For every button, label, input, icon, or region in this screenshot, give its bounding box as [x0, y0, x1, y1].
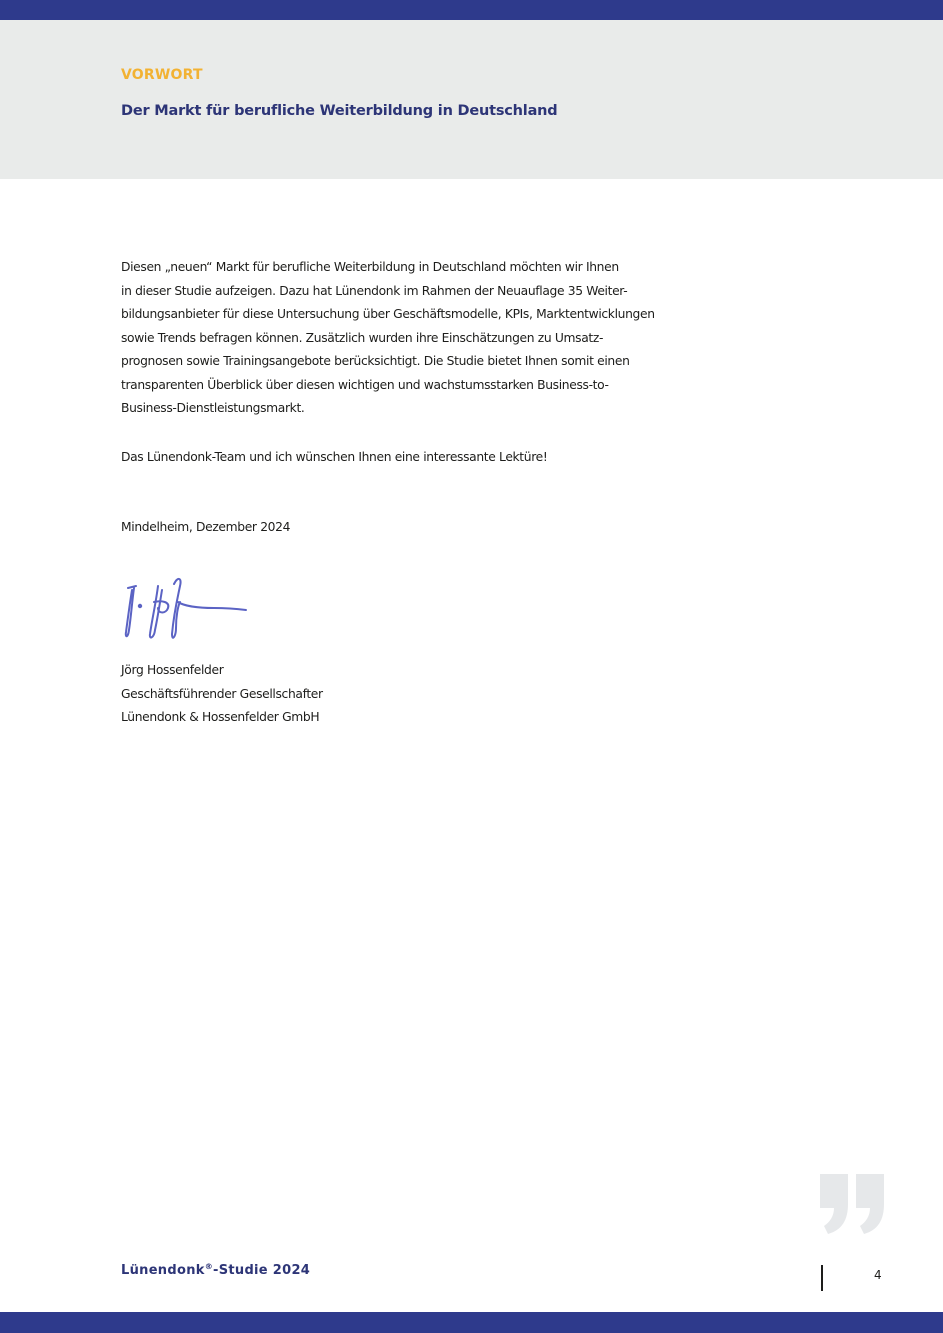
page-number-divider: [821, 1265, 823, 1291]
paragraph-line: in dieser Studie aufzeigen. Dazu hat Lün…: [121, 280, 721, 304]
footer-brand: Lünendonk®-Studie 2024: [121, 1262, 310, 1278]
header-band: [0, 20, 943, 179]
paragraph-line: bildungsanbieter für diese Untersuchung …: [121, 303, 721, 327]
paragraph-line: sowie Trends befragen können. Zusätzlich…: [121, 327, 721, 351]
signatory-block: Jörg Hossenfelder Geschäftsführender Ges…: [121, 659, 323, 730]
place-date: Mindelheim, Dezember 2024: [121, 516, 290, 540]
body-paragraph: Diesen „neuen“ Markt für berufliche Weit…: [121, 256, 721, 421]
section-label: VORWORT: [121, 67, 203, 83]
registered-mark: ®: [205, 1262, 213, 1271]
footer-brand-suffix: -Studie 2024: [213, 1263, 310, 1278]
page-title: Der Markt für berufliche Weiterbildung i…: [121, 103, 557, 119]
paragraph-line: transparenten Überblick über diesen wich…: [121, 374, 721, 398]
closing-quote-icon: [818, 1170, 888, 1238]
footer-brand-name: Lünendonk: [121, 1263, 205, 1278]
top-brand-bar: [0, 0, 943, 20]
bottom-brand-bar: [0, 1312, 943, 1333]
closing-sentence: Das Lünendonk-Team und ich wünschen Ihne…: [121, 446, 547, 470]
signature-icon: [118, 572, 253, 647]
page-number: 4: [874, 1268, 882, 1282]
paragraph-line: Business-Dienstleistungsmarkt.: [121, 397, 721, 421]
paragraph-line: prognosen sowie Trainingsangebote berück…: [121, 350, 721, 374]
paragraph-line: Diesen „neuen“ Markt für berufliche Weit…: [121, 256, 721, 280]
signatory-name: Jörg Hossenfelder: [121, 659, 323, 683]
signatory-role: Geschäftsführender Gesellschafter: [121, 683, 323, 707]
signatory-company: Lünendonk & Hossenfelder GmbH: [121, 706, 323, 730]
